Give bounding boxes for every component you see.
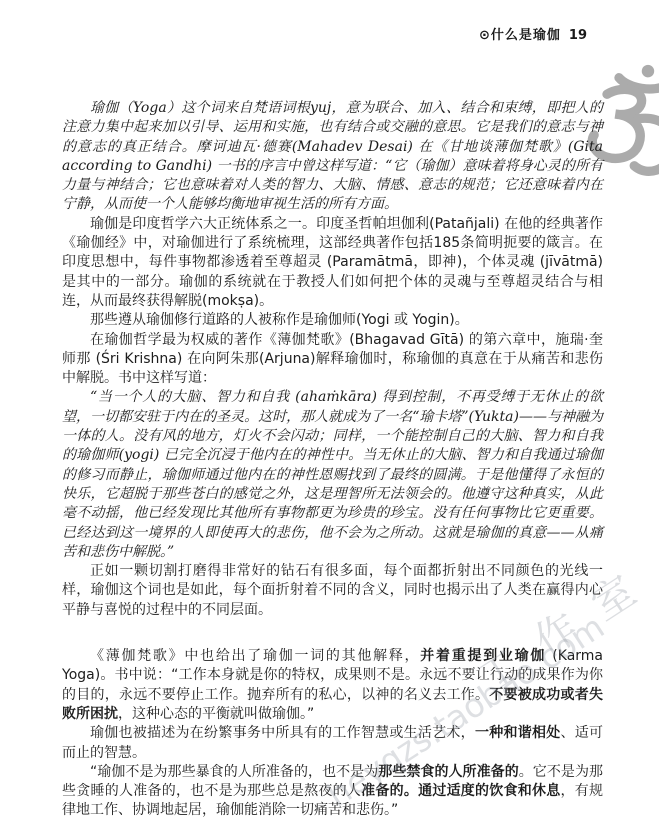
book-page: ⊙什么是瑜伽19 瑜伽（Yoga）这个词来自梵语词根yuj，意为联合、加入、结合…: [0, 0, 659, 829]
page-header: ⊙什么是瑜伽19: [479, 24, 587, 43]
quote-moderation: “瑜伽不是为那些暴食的人所准备的，也不是为那些禁食的人所准备的。它不是为那些贪睡…: [62, 763, 603, 821]
section-marker-icon: ⊙: [479, 28, 491, 43]
paragraph-six-orthodox-systems: 瑜伽是印度哲学六大正统体系之一。印度圣哲帕坦伽利(Patañjali) 在他的经…: [62, 215, 603, 311]
paragraph-karma-yoga: 《薄伽梵歌》中也给出了瑜伽一词的其他解释，并着重提到业瑜伽 (Karma Yog…: [62, 647, 603, 724]
page-number: 19: [569, 28, 587, 43]
paragraph-yoga-etymology: 瑜伽（Yoga）这个词来自梵语词根yuj，意为联合、加入、结合和束缚，即把人的注…: [62, 99, 603, 215]
paragraph-diamond-facets: 正如一颗切割打磨得非常好的钻石有很多面，每个面都折射出不同颜色的光线一样，瑜伽这…: [62, 562, 603, 620]
paragraph-yogi-definition: 那些遵从瑜伽修行道路的人被称作是瑜伽师(Yogi 或 Yogin)。: [62, 311, 603, 330]
running-title: 什么是瑜伽: [491, 28, 561, 43]
text-content: 瑜伽（Yoga）这个词来自梵语词根yuj，意为联合、加入、结合和束缚，即把人的注…: [62, 99, 603, 821]
quote-krishna: “当一个人的大脑、智力和自我 (ahaṁkāra) 得到控制，不再受缚于无休止的…: [62, 388, 603, 562]
paragraph-life-art: 瑜伽也被描述为在纷繁事务中所具有的工作智慧或生活艺术，一种和谐相处、适可而止的智…: [62, 724, 603, 763]
paragraph-bhagavad-gita-intro: 在瑜伽哲学最为权威的著作《薄伽梵歌》(Bhagavad Gītā) 的第六章中，…: [62, 331, 603, 389]
